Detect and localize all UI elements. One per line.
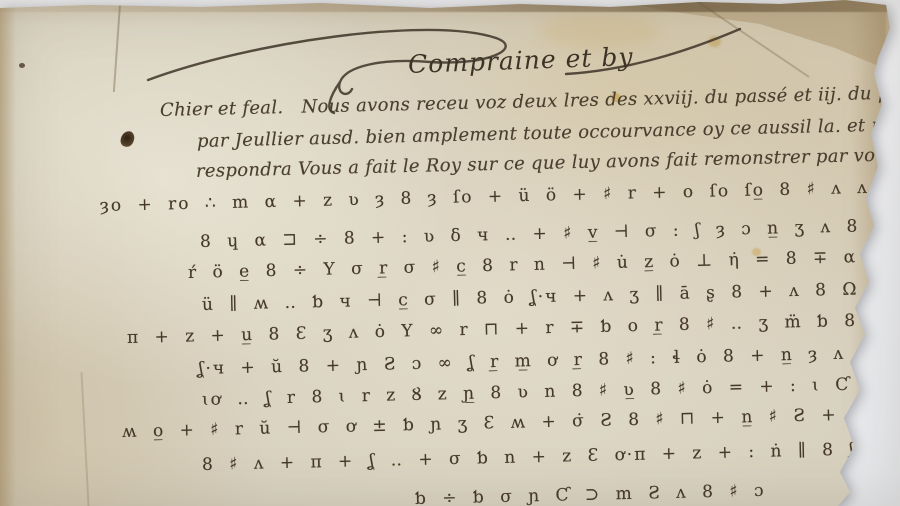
paper-shadow-wrap: Compraine et by Chier et feal. Nous avon… <box>0 0 900 506</box>
manuscript-photograph: Compraine et by Chier et feal. Nous avon… <box>0 0 900 506</box>
text-layer: Compraine et by Chier et feal. Nous avon… <box>0 0 900 506</box>
manuscript-line-cipher: 8 ♯ ʌ + π + ʆ ‥ + σ ƅ n + z Ɛ ơ·π + z + … <box>202 436 900 475</box>
manuscript-line-cipher: 8 ɥ α ⊐ ÷ 8 + : ʋ δ ч ‥ + ♯ v̲ ⊣ σ : ʃ ȝ… <box>200 213 900 252</box>
manuscript-line-cipher: ƅ ÷ ƅ σ ɲ Ƈ ⊃ m Ƨ ʌ 8 ♯ ɔ <box>415 481 766 506</box>
manuscript-line-cipher: π + z + u̲ 8 Ɛ ʒ ʌ ȯ Y ∞ r ⊓ + r ∓ ƅ o r… <box>127 308 900 348</box>
manuscript-line-french: Chier et feal. Nous avons receu voz deux… <box>160 82 900 121</box>
manuscript-line-cipher: ʆ·ч + ŭ 8 + ɲ Ƨ ɔ ∞ ʆ r̲ m̲ ơ r̲ 8 ♯ : ɬ… <box>198 342 900 379</box>
manuscript-line-cipher: ü ∥ ʍ ‥ ƅ ч ⊣ c̲ σ ∥ 8 ȯ ʆ·ч + ʌ ʒ ∥ ā ʂ… <box>202 277 900 315</box>
manuscript-line-cipher: ŕ ö e̲ 8 ÷ Y σ r̲ σ ♯ c̲ 8 r n ⊣ ♯ u̇ z̲… <box>188 244 900 283</box>
manuscript-line-cipher: ɩơ ‥ ʆ r 8 ɩ r z Ȣ z ɲ̲ 8 ʋ n 8 ♯ ʋ̲ 8 ♯… <box>202 374 900 410</box>
heading-inscription: Compraine et by <box>408 42 634 79</box>
parchment-page: Compraine et by Chier et feal. Nous avon… <box>0 0 900 506</box>
